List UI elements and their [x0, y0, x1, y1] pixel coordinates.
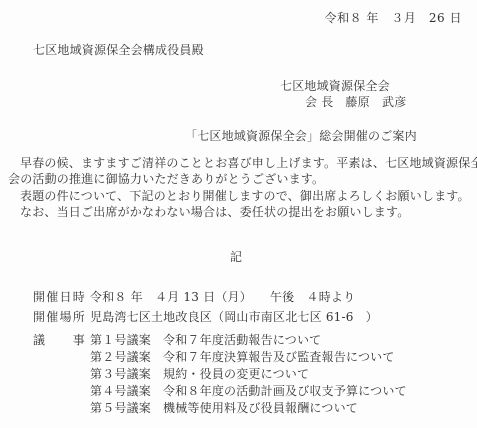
datetime-value: 令和８ 年 ４月 13 日（月）午後 ４時より: [90, 290, 355, 304]
agenda-number: 第１号議案: [90, 333, 151, 347]
datetime-label: 開催日時: [33, 290, 85, 304]
agenda-number: 第３号議案: [90, 367, 151, 381]
venue-value: 児島湾七区土地改良区（岡山市南区北七区 61-6 ）: [90, 310, 378, 324]
body-paragraph-line: 会の活動の推進に御協力いただきありがとうございます。: [8, 172, 324, 186]
sender-representative: 会 長藤原 武彦: [305, 95, 418, 109]
agenda-item: 第２号議案令和７年度決算報告及び監査報告について: [90, 350, 395, 364]
sender-title: 会 長: [305, 95, 333, 109]
body-paragraph-line: なお、当日ご出席がかなわない場合は、委任状の提出をお願いします。: [20, 205, 409, 219]
document-date: 令和８ 年 ３月 26 日: [325, 11, 462, 25]
agenda-item: 第４号議案令和８年度の活動計画及び収支予算について: [90, 384, 407, 398]
agenda-item: 第１号議案令和７年度活動報告について: [90, 333, 321, 347]
agenda-title: 令和７年度決算報告及び監査報告について: [163, 350, 395, 364]
agenda-item: 第３号議案規約・役員の変更について: [90, 367, 309, 381]
addressee: 七区地域資源保全会構成役員殿: [33, 43, 204, 57]
body-paragraph-line: 表題の件について、下記のとおり開催しますので、御出席よろしくお願いします。: [20, 189, 470, 203]
agenda-item: 第５号議案機械等使用料及び役員報酬について: [90, 401, 358, 415]
sender-organization: 七区地域資源保全会: [280, 79, 390, 93]
document-title: 「七区地域資源保全会」総会開催のご案内: [185, 129, 417, 143]
ki-heading: 記: [230, 250, 242, 264]
agenda-number: 第５号議案: [90, 401, 151, 415]
agenda-title: 規約・役員の変更について: [163, 367, 309, 381]
sender-name: 藤原 武彦: [345, 95, 406, 109]
agenda-number: 第４号議案: [90, 384, 151, 398]
agenda-title: 機械等使用料及び役員報酬について: [163, 401, 358, 415]
agenda-number: 第２号議案: [90, 350, 151, 364]
body-paragraph-line: 早春の候、ますますご清祥のこととお喜び申し上げます。平素は、七区地域資源保全: [20, 156, 477, 170]
meeting-time: 午後 ４時より: [270, 290, 355, 304]
agenda-title: 令和８年度の活動計画及び収支予算について: [163, 384, 407, 398]
meeting-date: 令和８ 年 ４月 13 日（月）: [90, 290, 252, 304]
agenda-label: 議 事: [33, 333, 85, 347]
agenda-title: 令和７年度活動報告について: [163, 333, 321, 347]
venue-label: 開催場所: [33, 310, 85, 324]
